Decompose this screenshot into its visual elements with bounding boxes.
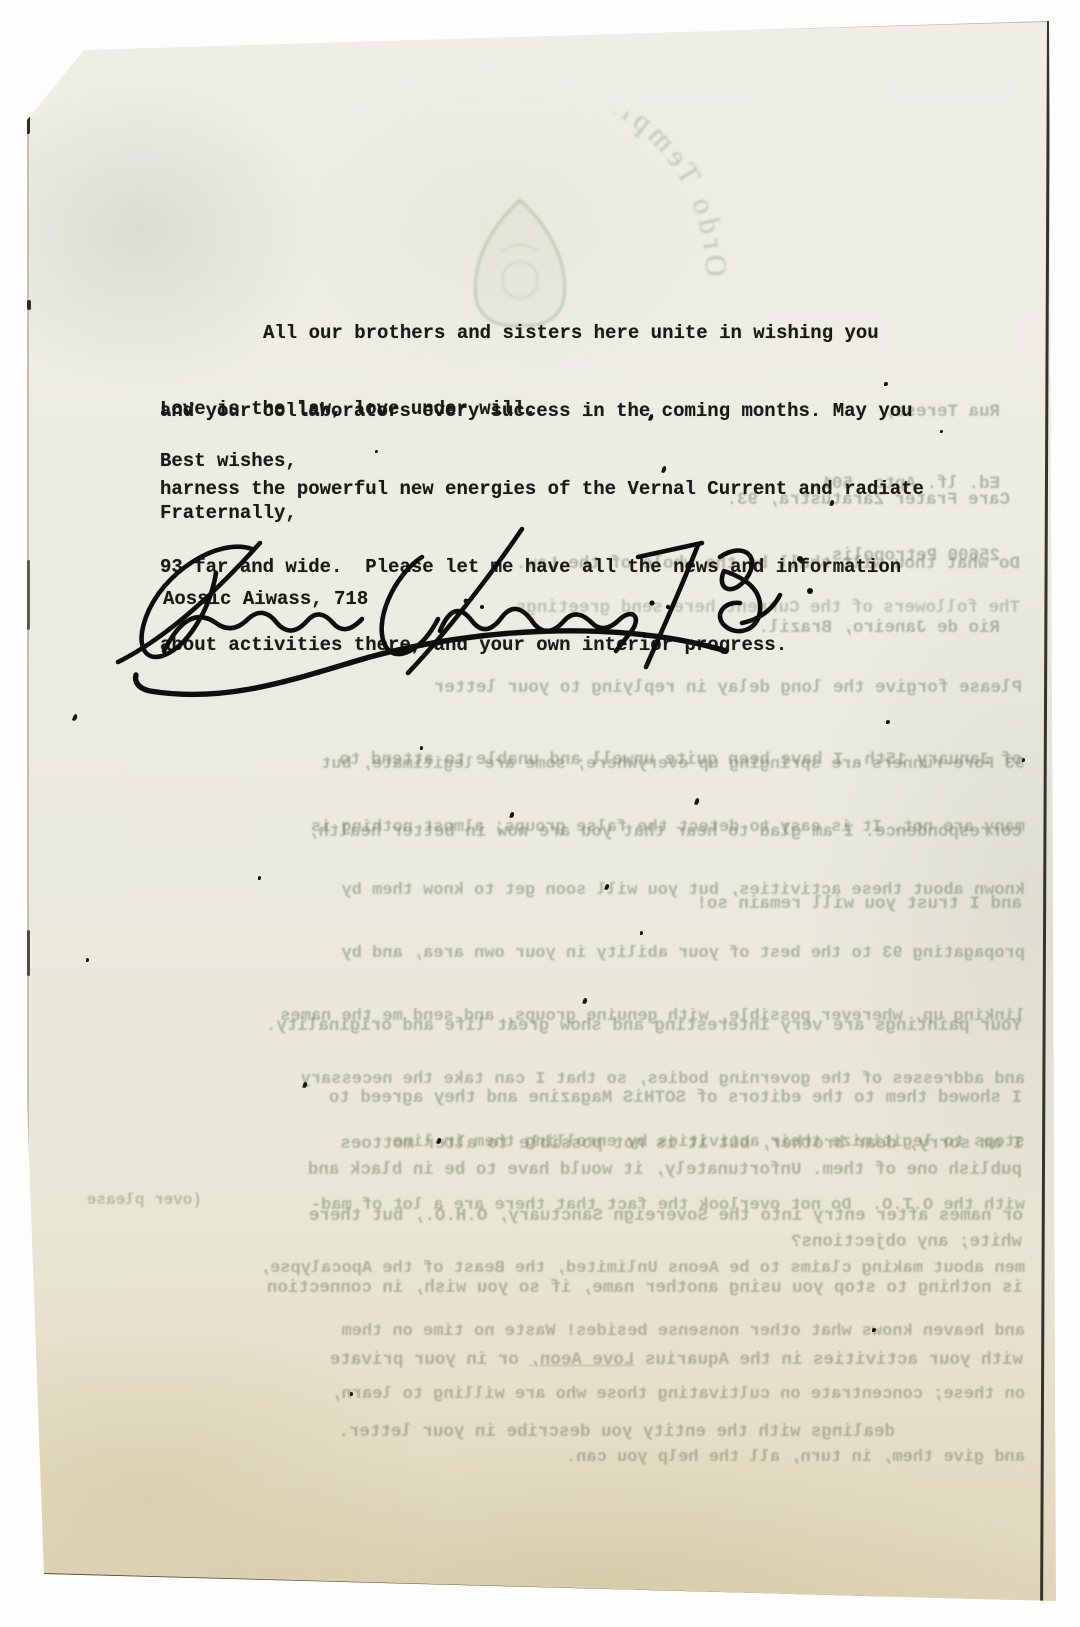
paper-edge-nick xyxy=(27,560,30,630)
law-line: Love is the law, love under will. xyxy=(160,396,536,422)
bleed-line: known about these activities, but you wi… xyxy=(60,880,1025,901)
handwritten-signature xyxy=(100,515,840,725)
bleed-line: 93 Fore-runners are springing up everywh… xyxy=(60,754,1025,775)
bleed-text: with your activities in the Aquarius xyxy=(634,1350,1023,1370)
bleedthrough-over-please: (over please xyxy=(42,1188,202,1212)
paper-edge-left xyxy=(27,60,29,1572)
paper-edge-nick xyxy=(26,82,30,134)
paper-edge-nick xyxy=(26,1290,29,1324)
bleed-underlined-text: Love Aeon, xyxy=(529,1350,634,1370)
letter-line: harness the powerful new energies of the… xyxy=(160,476,1000,502)
bleed-line: I am sorry, dear brother, but it is not … xyxy=(48,1132,1023,1156)
scanned-letter-page: Ordo Templi Orientis Rua Teresa, Ed. lf.… xyxy=(0,0,1080,1627)
paper-edge-nick xyxy=(27,930,30,976)
paper-edge-nick xyxy=(27,300,31,310)
paper-edge-right xyxy=(1040,21,1050,1603)
bleed-line: dealings with the entity you describe in… xyxy=(48,1420,1023,1444)
paper-sheet: Ordo Templi Orientis Rua Teresa, Ed. lf.… xyxy=(0,0,1080,1627)
bleed-line: many are not. It is easy to detect the f… xyxy=(60,817,1025,838)
bleed-line: is nothing to stop you using another nam… xyxy=(48,1276,1023,1300)
paper-edge-top xyxy=(86,20,1048,48)
bleed-line: with your activities in the Aquarius Lov… xyxy=(48,1348,1023,1372)
bleed-line: propagating 93 to the best of your abili… xyxy=(60,943,1025,964)
best-wishes-line: Best wishes, xyxy=(160,448,297,474)
paper-edge-bottom xyxy=(43,1573,1055,1604)
bleed-line: Your paintings are very interesting and … xyxy=(62,1014,1022,1038)
bleed-text: or in your private xyxy=(330,1350,530,1370)
letter-line: All our brothers and sisters here unite … xyxy=(160,320,1000,346)
bleedthrough-sorry: I am sorry, dear brother, but it is not … xyxy=(48,1084,1023,1492)
